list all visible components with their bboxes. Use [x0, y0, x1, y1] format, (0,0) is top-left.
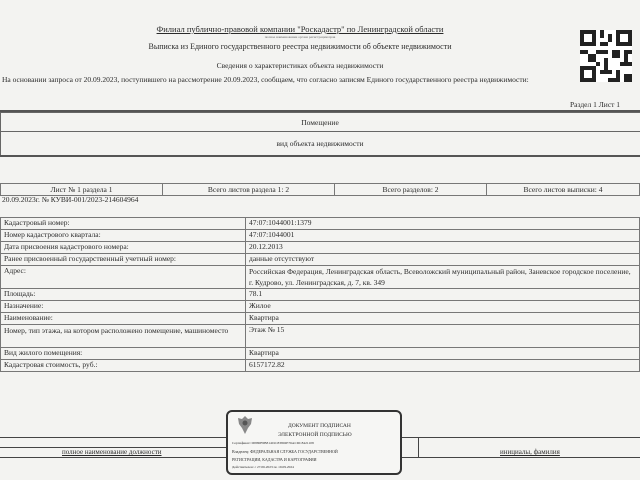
electronic-signature-stamp: ДОКУМЕНТ ПОДПИСАН ЭЛЕКТРОННОЙ ПОДПИСЬЮ С… — [226, 410, 402, 475]
divider — [418, 437, 419, 457]
table-row: Кадастровая стоимость, руб.:6157172.82 — [1, 360, 640, 372]
organization-name: Филиал публично-правовой компании "Роска… — [100, 24, 500, 34]
field-value: 47:07:1044001 — [246, 230, 640, 242]
signature-line — [0, 457, 230, 458]
stamp-issuer-2: РЕГИСТРАЦИИ, КАДАСТРА И КАРТОГРАФИИ — [232, 457, 317, 462]
table-row: Наименование:Квартира — [1, 313, 640, 325]
name-caption: инициалы, фамилия — [500, 448, 560, 456]
document-number: 20.09.2023г. № КУВИ-001/2023-214604964 — [2, 195, 138, 204]
object-type-caption: вид объекта недвижимости — [0, 132, 640, 157]
organization-caption: полное наименование органа регистрации п… — [100, 35, 500, 39]
field-value: Жилое — [246, 301, 640, 313]
position-caption: полное наименование должности — [62, 448, 162, 456]
stamp-validity: Действителен: с 27.06.2023 по 19.09.2024 — [232, 465, 294, 469]
field-label: Кадастровая стоимость, руб.: — [1, 360, 246, 372]
signature-line — [398, 437, 640, 438]
table-row: Адрес:Российская Федерация, Ленинградска… — [1, 266, 640, 289]
field-label: Номер кадастрового квартала: — [1, 230, 246, 242]
table-row: Номер, тип этажа, на котором расположено… — [1, 325, 640, 348]
field-value: 6157172.82 — [246, 360, 640, 372]
field-label: Дата присвоения кадастрового номера: — [1, 242, 246, 254]
field-label: Ранее присвоенный государственный учетны… — [1, 254, 246, 266]
field-label: Вид жилого помещения: — [1, 348, 246, 360]
object-type: Помещение — [0, 112, 640, 132]
stamp-line-2: ЭЛЕКТРОННОЙ ПОДПИСЬЮ — [278, 432, 352, 438]
table-row: Вид жилого помещения:Квартира — [1, 348, 640, 360]
field-label: Площадь: — [1, 289, 246, 301]
table-row: Номер кадастрового квартала:47:07:104400… — [1, 230, 640, 242]
table-row: Дата присвоения кадастрового номера:20.1… — [1, 242, 640, 254]
field-value: Квартира — [246, 313, 640, 325]
table-row: Назначение:Жилое — [1, 301, 640, 313]
field-value: 78.1 — [246, 289, 640, 301]
section-sheets-total: Всего листов раздела 1: 2 — [163, 184, 335, 196]
stamp-certificate: Сертификат: 00880F6B81401C83802E76ACDC84… — [232, 441, 314, 445]
table-row: Ранее присвоенный государственный учетны… — [1, 254, 640, 266]
table-row: Площадь:78.1 — [1, 289, 640, 301]
extract-sheets-total: Всего листов выписки: 4 — [487, 184, 640, 196]
signature-line — [0, 437, 230, 438]
field-value: Российская Федерация, Ленинградская обла… — [246, 266, 640, 289]
property-details-table: Кадастровый номер:47:07:1044001:1379 Ном… — [0, 217, 640, 372]
signature-line — [398, 457, 640, 458]
section-label: Раздел 1 Лист 1 — [570, 100, 620, 109]
qr-code-icon — [580, 30, 632, 82]
field-value: 20.12.2013 — [246, 242, 640, 254]
field-label: Назначение: — [1, 301, 246, 313]
field-value: Квартира — [246, 348, 640, 360]
field-value: 47:07:1044001:1379 — [246, 218, 640, 230]
sheet-number: Лист № 1 раздела 1 — [1, 184, 163, 196]
stamp-line-1: ДОКУМЕНТ ПОДПИСАН — [288, 423, 351, 429]
request-basis-text: На основании запроса от 20.09.2023, пост… — [2, 74, 542, 85]
stamp-issuer: Владелец: ФЕДЕРАЛЬНАЯ СЛУЖБА ГОСУДАРСТВЕ… — [232, 449, 338, 454]
field-label: Наименование: — [1, 313, 246, 325]
section-subtitle: Сведения о характеристиках объекта недви… — [100, 61, 500, 70]
field-label: Номер, тип этажа, на котором расположено… — [1, 325, 246, 348]
field-label: Адрес: — [1, 266, 246, 289]
sections-total: Всего разделов: 2 — [335, 184, 487, 196]
document-title: Выписка из Единого государственного реес… — [100, 42, 500, 51]
field-value: данные отсутствуют — [246, 254, 640, 266]
emblem-icon — [236, 414, 254, 436]
field-label: Кадастровый номер: — [1, 218, 246, 230]
table-row: Кадастровый номер:47:07:1044001:1379 — [1, 218, 640, 230]
field-value: Этаж № 15 — [246, 325, 640, 348]
